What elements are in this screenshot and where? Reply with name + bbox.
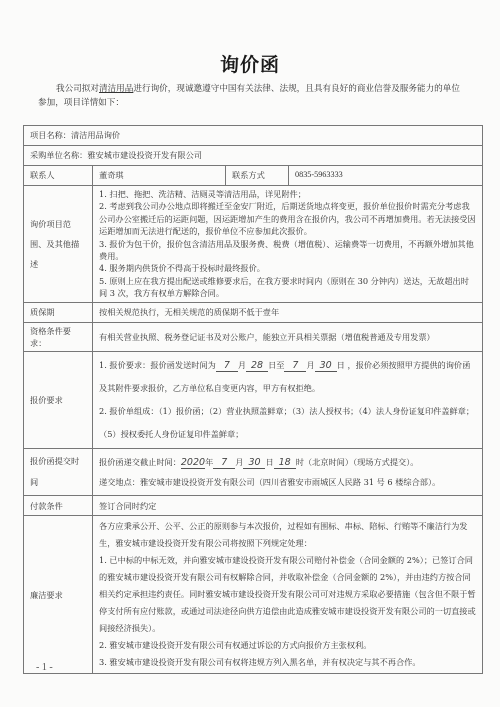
row-qualification: 资格条件要求： 有相关营业执照、税务登记证书及对公账户，能独立开具相关票据（增值… bbox=[24, 322, 483, 352]
contact-method-label: 联系方式 bbox=[226, 166, 289, 186]
intro-item-underlined: 清洁用品 bbox=[99, 84, 133, 94]
submission-label: 报价函提交时间 bbox=[24, 449, 93, 496]
quote-req-line2: 2. 报价单组成：（1）报价函；（2）营业执照盖鲜章；（3）法人授权书；（4）法… bbox=[99, 406, 474, 439]
month-char: 月 bbox=[306, 360, 314, 370]
integrity-item-3: 3. 雅安城市建设投资开发有限公司有权将违规方列入黑名单，并有权决定与其不再合作… bbox=[99, 654, 476, 671]
document-title: 询价函 bbox=[0, 50, 500, 77]
row-quote-requirements: 报价要求 1. 报价要求：报价函发送时间为7月28日至7月30日 ，报价必须按照… bbox=[24, 352, 483, 449]
warranty-label: 质保期 bbox=[24, 302, 93, 322]
month-char: 月 bbox=[235, 457, 243, 467]
contact-phone: 0835-5963333 bbox=[289, 166, 483, 186]
qualification-value: 有相关营业执照、税务登记证书及对公账户，能独立开具相关票据（增值税普通及专用发票… bbox=[93, 322, 483, 352]
row-contact: 联系人 董奇琪 联系方式 0835-5963333 bbox=[24, 166, 483, 186]
integrity-label: 廉洁要求 bbox=[24, 516, 93, 674]
intro-paragraph: 我公司拟对清洁用品进行询价，现诚邀遵守中国有关法律、法规，且具有良好的商业信誉及… bbox=[38, 82, 468, 110]
integrity-content: 各方应秉承公开、公平、公正的原则参与本次报价，过程如有围标、串标、陪标、行贿等不… bbox=[93, 516, 483, 674]
row-integrity: 廉洁要求 各方应秉承公开、公平、公正的原则参与本次报价，过程如有围标、串标、陪标… bbox=[24, 516, 483, 674]
payment-value: 签订合同时约定 bbox=[93, 496, 483, 516]
integrity-intro: 各方应秉承公开、公平、公正的原则参与本次报价，过程如有围标、串标、陪标、行贿等不… bbox=[99, 518, 476, 552]
row-payment: 付款条件 签订合同时约定 bbox=[24, 496, 483, 516]
scope-line-3: 3. 报价为包干价，报价包含清洁用品及服务费、税费（增值税）、运输费等一切费用，… bbox=[99, 238, 476, 263]
quote-req-label: 报价要求 bbox=[24, 352, 93, 449]
quote-req-line1-prefix: 1. 报价要求：报价函发送时间为 bbox=[99, 360, 216, 370]
handwritten-start-day: 28 bbox=[246, 360, 268, 372]
to-text: 日至 bbox=[268, 360, 284, 370]
scope-content: 1. 扫把、拖把、洗洁精、洁厕灵等清洁用品，详见附件； 2. 考虑到我公司办公地… bbox=[93, 186, 483, 303]
purchaser-name: 采购单位名称：雅安城市建设投资开发有限公司 bbox=[24, 146, 483, 166]
year-char: 年 bbox=[205, 457, 213, 467]
handwritten-day: 30 bbox=[243, 457, 265, 469]
row-project-name: 项目名称：清洁用品询价 bbox=[24, 126, 483, 146]
inquiry-table: 项目名称：清洁用品询价 采购单位名称：雅安城市建设投资开发有限公司 联系人 董奇… bbox=[23, 125, 483, 674]
contact-name: 董奇琪 bbox=[93, 166, 226, 186]
integrity-item-1: 1. 已中标的中标无效，并向雅安城市建设投资开发有限公司赔付补偿金（合同金额的 … bbox=[99, 552, 476, 637]
integrity-item-2: 2. 雅安城市建设投资开发有限公司有权通过诉讼的方式向报价方主张权利。 bbox=[99, 637, 476, 654]
qualification-label: 资格条件要求： bbox=[24, 322, 93, 352]
scope-label: 询价项目范围、及其他描述 bbox=[24, 186, 93, 303]
month-char: 月 bbox=[238, 360, 246, 370]
row-submission: 报价函提交时间 报价函递交截止时间：2020年7月30日18时（北京时间）（现场… bbox=[24, 449, 483, 496]
row-warranty: 质保期 按相关规范执行，无相关规范的质保期不低于壹年 bbox=[24, 302, 483, 322]
scope-line-5: 5. 原则上应在我方提出配送或维修要求后，在我方要求时间内（原则在 30 分钟内… bbox=[99, 275, 476, 300]
payment-label: 付款条件 bbox=[24, 496, 93, 516]
deadline-prefix: 报价函递交截止时间： bbox=[99, 457, 181, 467]
deadline-suffix: 时（北京时间）（现场方式提交）。 bbox=[296, 457, 419, 467]
warranty-value: 按相关规范执行，无相关规范的质保期不低于壹年 bbox=[93, 302, 483, 322]
page-number: - 1 - bbox=[36, 662, 53, 673]
row-scope: 询价项目范围、及其他描述 1. 扫把、拖把、洗洁精、洁厕灵等清洁用品，详见附件；… bbox=[24, 186, 483, 303]
handwritten-start-month: 7 bbox=[216, 360, 238, 372]
handwritten-end-month: 7 bbox=[284, 360, 306, 372]
project-name: 项目名称：清洁用品询价 bbox=[24, 126, 483, 146]
scope-line-2: 2. 考虑到我公司办公地点即将搬迁至金安厂附近，后期送货地点将变更，报价单位报价… bbox=[99, 200, 476, 237]
row-purchaser: 采购单位名称：雅安城市建设投资开发有限公司 bbox=[24, 146, 483, 166]
intro-prefix: 我公司拟对 bbox=[56, 84, 99, 94]
quote-req-content: 1. 报价要求：报价函发送时间为7月28日至7月30日 ，报价必须按照甲方提供的… bbox=[93, 352, 483, 449]
day-char: 日 bbox=[265, 457, 273, 467]
scope-line-1: 1. 扫把、拖把、洗洁精、洁厕灵等清洁用品，详见附件； bbox=[99, 188, 476, 200]
submission-location: 递交地点：雅安城市建设投资开发有限公司（四川省雅安市雨城区人民路 31 号 6 … bbox=[99, 477, 440, 487]
scope-line-4: 4. 服务期内供货价不得高于投标时最终报价。 bbox=[99, 262, 476, 274]
handwritten-end-day: 30 bbox=[315, 360, 337, 372]
submission-content: 报价函递交截止时间：2020年7月30日18时（北京时间）（现场方式提交）。 递… bbox=[93, 449, 483, 496]
contact-label: 联系人 bbox=[24, 166, 93, 186]
handwritten-hour: 18 bbox=[274, 457, 296, 469]
handwritten-year: 2020 bbox=[181, 457, 205, 469]
handwritten-month: 7 bbox=[213, 457, 235, 469]
